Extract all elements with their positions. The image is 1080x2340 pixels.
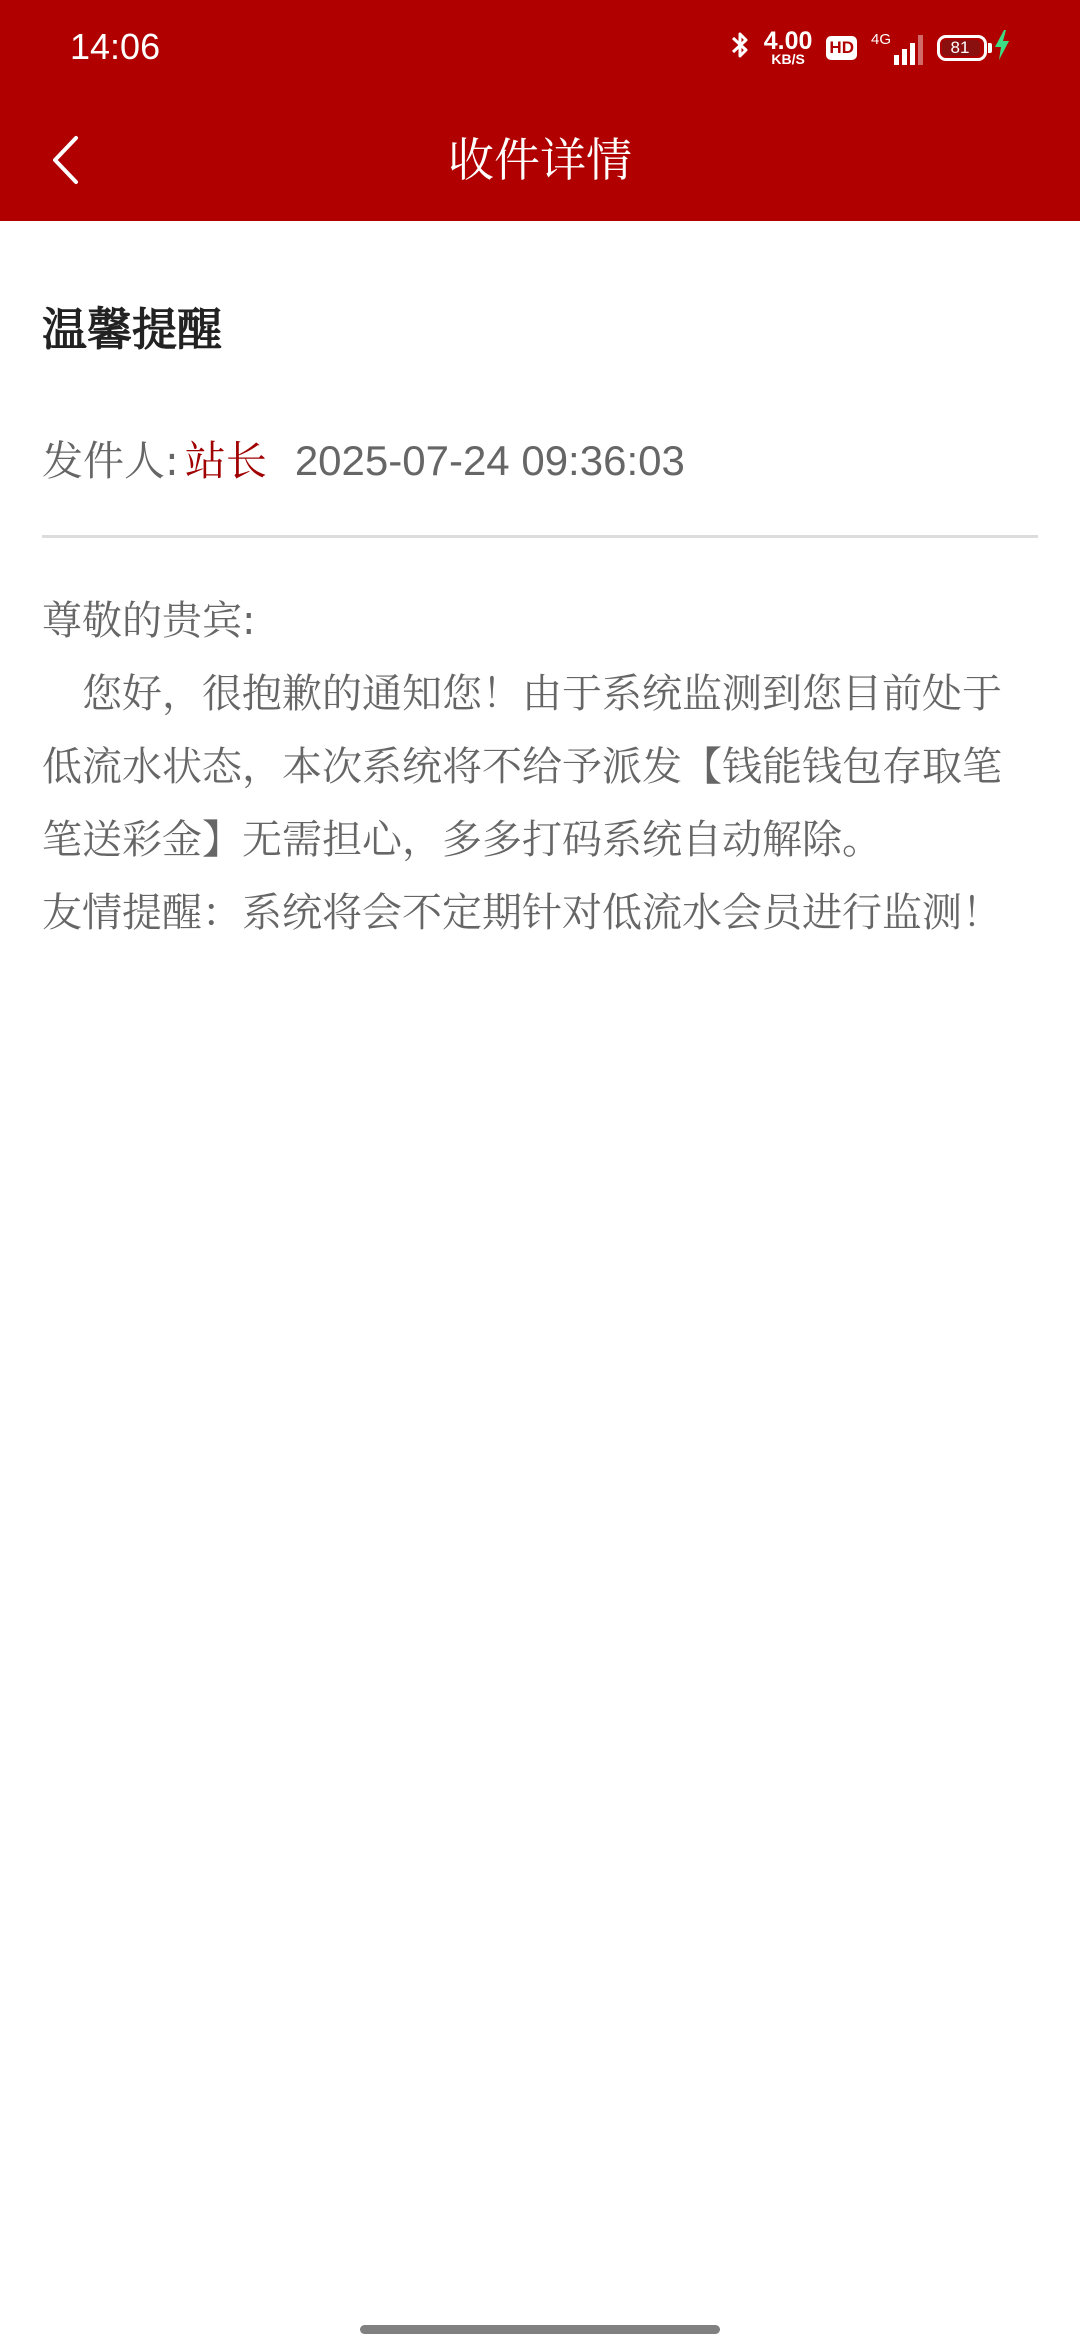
battery-level: 81 bbox=[940, 38, 980, 58]
cellular-signal-icon: 4G bbox=[871, 31, 923, 65]
network-type: 4G bbox=[871, 31, 891, 49]
bluetooth-icon bbox=[730, 30, 750, 66]
message-body: 尊敬的贵宾: 您好，很抱歉的通知您！由于系统监测到您目前处于低流水状态，本次系统… bbox=[42, 585, 1038, 950]
page-title: 收件详情 bbox=[0, 130, 1080, 190]
sender-label: 发件人: bbox=[42, 437, 179, 485]
status-time: 14:06 bbox=[70, 24, 160, 70]
app-header: 14:06 4.00 KB/S HD 4G 81 收件详情 bbox=[0, 0, 1080, 221]
hd-badge: HD bbox=[826, 36, 857, 60]
message-paragraph: 您好，很抱歉的通知您！由于系统监测到您目前处于低流水状态，本次系统将不给予派发【… bbox=[42, 658, 1038, 877]
message-meta: 发件人:站长2025-07-24 09:36:03 bbox=[42, 432, 685, 490]
status-icons: 4.00 KB/S HD 4G 81 bbox=[730, 28, 1010, 68]
battery-icon: 81 bbox=[937, 30, 1010, 67]
message-paragraph: 友情提醒：系统将会不定期针对低流水会员进行监测！ bbox=[42, 877, 1038, 950]
message-greeting: 尊敬的贵宾: bbox=[42, 585, 1038, 658]
message-title: 温馨提醒 bbox=[42, 300, 222, 360]
message-timestamp: 2025-07-24 09:36:03 bbox=[295, 437, 685, 484]
home-indicator[interactable] bbox=[360, 2325, 720, 2334]
charging-icon bbox=[994, 30, 1010, 67]
sender-name: 站长 bbox=[185, 437, 267, 485]
divider bbox=[42, 535, 1038, 538]
network-speed: 4.00 KB/S bbox=[764, 30, 813, 66]
